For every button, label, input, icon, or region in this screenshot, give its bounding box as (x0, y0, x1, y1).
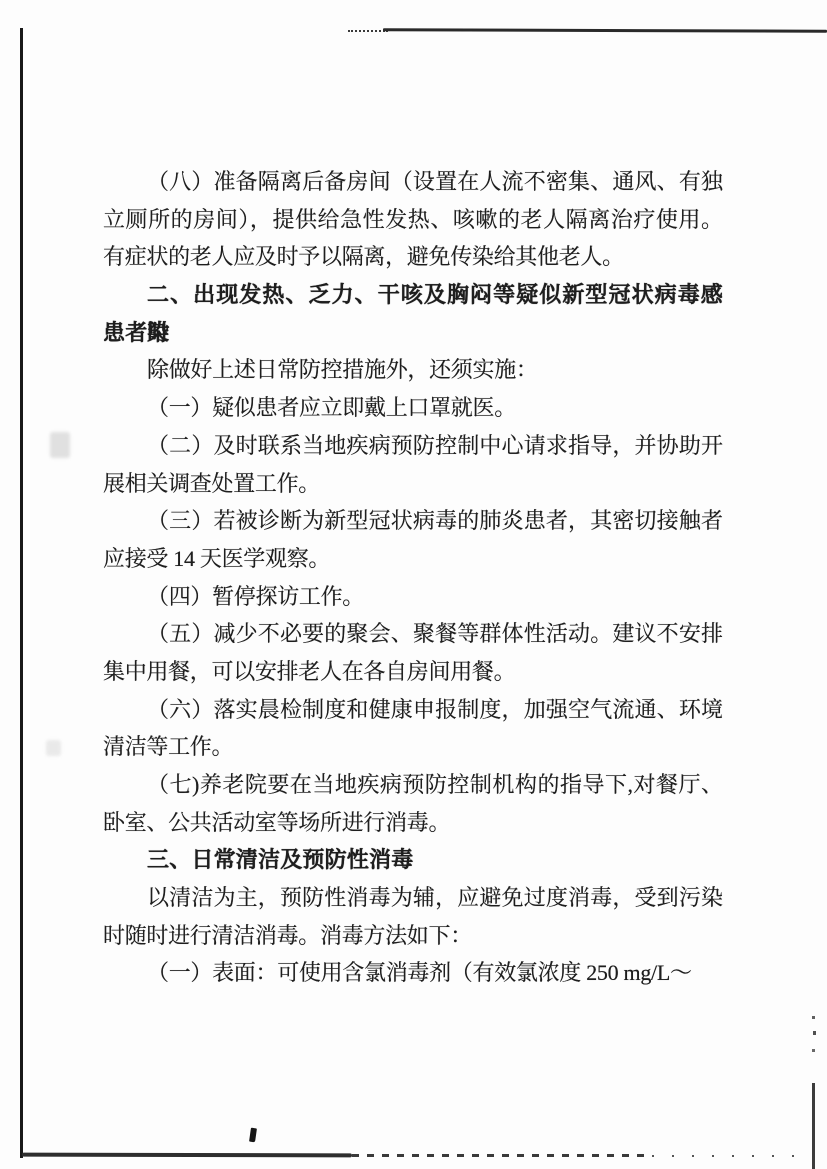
text-line: （五）减少不必要的聚会、聚餐等群体性活动。建议不安排 (103, 615, 723, 653)
text-line: 以清洁为主，预防性消毒为辅，应避免过度消毒，受到污染 (103, 879, 723, 917)
text-line: （二）及时联系当地疾病预防控制中心请求指导，并协助开 (103, 427, 723, 465)
text-line: （八）准备隔离后备房间（设置在人流不密集、通风、有独 (103, 163, 723, 201)
scan-artifact-faint-smudge (46, 740, 61, 756)
scanned-page: （八）准备隔离后备房间（设置在人流不密集、通风、有独立厕所的房间），提供给急性发… (0, 0, 827, 1169)
text-line: （四）暂停探访工作。 (103, 578, 723, 616)
text-line: （七)养老院要在当地疾病预防控制机构的指导下,对餐厅、 (103, 766, 723, 804)
text-line: 应接受 14 天医学观察。 (103, 540, 723, 578)
scan-artifact-bottom-dots (652, 1155, 802, 1157)
document-body: （八）准备隔离后备房间（设置在人流不密集、通风、有独立厕所的房间），提供给急性发… (103, 163, 723, 992)
heading-line: 二、出现发热、乏力、干咳及胸闷等疑似新型冠状病毒感染 (103, 276, 723, 314)
text-line: （一）疑似患者应立即戴上口罩就医。 (103, 389, 723, 427)
scan-artifact-top-line (383, 28, 827, 33)
scan-artifact-right-dot (812, 1016, 815, 1019)
text-line: 时随时进行清洁消毒。消毒方法如下： (103, 917, 723, 955)
scan-artifact-bottom-smudge (22, 1153, 352, 1158)
text-line: （三）若被诊断为新型冠状病毒的肺炎患者，其密切接触者 (103, 502, 723, 540)
text-line: 清洁等工作。 (103, 728, 723, 766)
scan-artifact-right-dot (813, 1031, 816, 1035)
text-line: 立厕所的房间），提供给急性发热、咳嗽的老人隔离治疗使用。 (103, 201, 723, 239)
text-line: 除做好上述日常防控措施外，还须实施： (103, 351, 723, 389)
scan-artifact-right-dot (812, 1049, 815, 1052)
scan-artifact-bottom-dashes (352, 1154, 652, 1157)
scan-artifact-left-border (20, 28, 23, 1158)
scan-artifact-right-border (812, 1083, 815, 1169)
heading-line: 三、日常清洁及预防性消毒 (103, 841, 723, 879)
text-line: 集中用餐，可以安排老人在各自房间用餐。 (103, 653, 723, 691)
scan-artifact-ink-mark (249, 1128, 257, 1143)
text-line: 有症状的老人应及时予以隔离，避免传染给其他老人。 (103, 238, 723, 276)
text-line: 卧室、公共活动室等场所进行消毒。 (103, 804, 723, 842)
text-line: 展相关调查处置工作。 (103, 465, 723, 503)
scan-artifact-faint-smudge (50, 432, 70, 458)
heading-line: 患者时 (103, 314, 723, 352)
text-line: （一）表面：可使用含氯消毒剂（有效氯浓度 250 mg/L～ (103, 954, 723, 992)
text-line: （六）落实晨检制度和健康申报制度，加强空气流通、环境 (103, 691, 723, 729)
